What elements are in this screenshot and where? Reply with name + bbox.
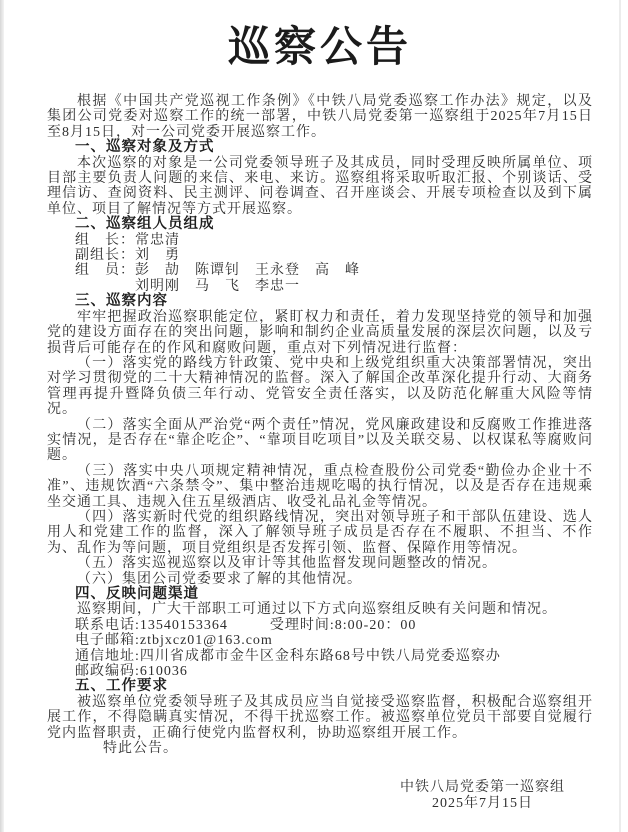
section-3-heading: 三、巡察内容 xyxy=(47,294,593,309)
roster-members-line2: 刘明刚 马 飞 李忠一 xyxy=(47,279,593,294)
section-3-item-4: （四）落实新时代党的组织路线情况，突出对领导班子和干部队伍建设、选人用人和党建工… xyxy=(47,510,593,556)
section-4-heading: 四、反映问题渠道 xyxy=(47,587,593,602)
contact-email: 电子邮箱:ztbjxcz01@163.com xyxy=(47,633,593,648)
roster-leader: 组 长：常忠清 xyxy=(47,233,593,248)
signature-org: 中铁八局党委第一巡察组 xyxy=(400,780,565,796)
scan-edge-left xyxy=(0,0,4,832)
section-1-paragraph: 本次巡察的对象是一公司党委领导班子及其成员，同时受理反映所属单位、项目部主要负责… xyxy=(47,156,593,218)
document-body: 巡察公告 根据《中国共产党巡视工作条例》《中铁八局党委巡察工作办法》规定，以及集… xyxy=(47,0,593,812)
section-3-item-5: （五）落实巡视巡察以及审计等其他监督发现问题整改的情况。 xyxy=(47,556,593,571)
signature-date: 2025年7月15日 xyxy=(400,796,565,812)
section-4-lead: 巡察期间，广大干部职工可通过以下方式向巡察组反映有关问题和情况。 xyxy=(47,602,593,617)
contact-phone: 联系电话:13540153364 xyxy=(75,618,228,633)
contact-phone-line: 联系电话:13540153364受理时间:8:00-20：00 xyxy=(47,618,593,633)
inspection-announcement-page: 巡察公告 根据《中国共产党巡视工作条例》《中铁八局党委巡察工作办法》规定，以及集… xyxy=(0,0,628,832)
section-3-lead: 牢牢把握政治巡察职能定位，紧盯权力和责任，着力发现坚持党的领导和加强党的建设方面… xyxy=(47,310,593,356)
section-1-heading: 一、巡察对象及方式 xyxy=(47,140,593,155)
section-3-item-2: （二）落实全面从严治党“两个责任”情况，党风廉政建设和反腐败工作推进落实情况，是… xyxy=(47,418,593,464)
contact-hours: 受理时间:8:00-20：00 xyxy=(270,618,416,633)
section-3-item-1: （一）落实党的路线方针政策、党中央和上级党组织重大决策部署情况，突出对学习贯彻党… xyxy=(47,356,593,418)
section-3-item-3: （三）落实中央八项规定精神情况，重点检查股份公司党委“勤俭办企业十不准”、违规饮… xyxy=(47,464,593,510)
signature-block: 中铁八局党委第一巡察组 2025年7月15日 xyxy=(47,780,593,812)
intro-paragraph: 根据《中国共产党巡视工作条例》《中铁八局党委巡察工作办法》规定，以及集团公司党委… xyxy=(47,94,593,140)
section-5-paragraph: 被巡察单位党委领导班子及其成员应当自觉接受巡察监督，积极配合巡察组开展工作，不得… xyxy=(47,695,593,741)
closing-line: 特此公告。 xyxy=(47,741,593,756)
contact-address: 通信地址:四川省成都市金牛区金科东路68号中铁八局党委巡察办 xyxy=(47,649,593,664)
scan-edge-right xyxy=(619,0,621,832)
page-title: 巡察公告 xyxy=(47,24,593,72)
section-3-item-6: （六）集团公司党委要求了解的其他情况。 xyxy=(47,572,593,587)
roster-members-line1: 组 员：彭 劼 陈谭钊 王永登 高 峰 xyxy=(47,263,593,278)
section-2-heading: 二、巡察组人员组成 xyxy=(47,217,593,232)
section-5-heading: 五、工作要求 xyxy=(47,679,593,694)
roster-deputy-leader: 副组长：刘 勇 xyxy=(47,248,593,263)
